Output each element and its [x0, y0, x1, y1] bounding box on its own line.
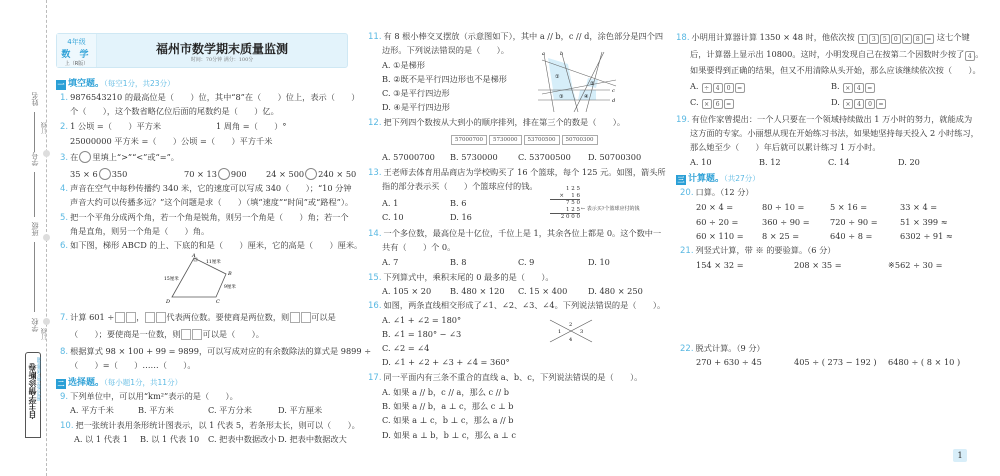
calc-key: ×: [702, 99, 712, 109]
q16-option-d[interactable]: D. ∠1 + ∠2 + ∠3 + ∠4 = 360°: [382, 357, 510, 367]
question-18-cont: 后，计算器上显示出 10800。这时，小明发现自己在按第二个因数时少按了4。: [690, 49, 983, 61]
vertical-calc-item[interactable]: 154 × 32 =: [696, 260, 744, 270]
question-19: 19.有位作家曾提出：一个人只要在一个领域持续做出 1 万小时的努力，就能成为: [676, 114, 972, 125]
page-number: 1: [953, 449, 967, 462]
question-text: 1 公顷 =（ ）平方米: [70, 121, 161, 131]
question-number: 20.: [680, 188, 694, 198]
svg-text:1: 1: [558, 329, 561, 335]
question-text: 代表两位数。要使商是两位数，则: [166, 312, 289, 322]
question-text: 根据算式 98 × 100 + 99 = 9899，可以写成对应的有余数除法的算…: [70, 346, 371, 356]
calc-key: =: [876, 99, 886, 109]
svg-text:2: 2: [569, 322, 572, 328]
oral-calc-item[interactable]: 360 ÷ 90 =: [762, 217, 810, 227]
calc-key: =: [724, 99, 734, 109]
digit-box: [301, 312, 311, 323]
question-number: 11.: [368, 32, 382, 42]
volume: 上（R版）: [57, 60, 96, 67]
q12-number-boxes: 5700070057300005370050050700300: [450, 133, 599, 145]
option-label: B.: [831, 81, 840, 91]
calc-row: 2 0 0 0: [550, 214, 580, 221]
q13-option-c[interactable]: C. 10: [382, 212, 404, 222]
q18-option-d[interactable]: D. ×40=: [831, 97, 886, 109]
svg-text:a: a: [542, 51, 545, 57]
oral-calc-item[interactable]: 640 ÷ 8 =: [830, 231, 872, 241]
calc-key: 3: [869, 34, 879, 44]
compare-circle-icon: [79, 151, 91, 163]
q15-option-d[interactable]: D. 480 × 250: [588, 286, 643, 296]
svg-text:d: d: [612, 98, 615, 104]
svg-text:C: C: [216, 299, 220, 304]
question-17: 17.同一平面内有三条不重合的直线 a、b、c，下列说法错误的是（ ）。: [368, 372, 642, 383]
q17-option-a[interactable]: A. 如果 a // b，c // a，那么 c // b: [382, 387, 509, 398]
subject: 数 学: [57, 47, 96, 60]
section-heading-choice: 二选择题。（每小题1分，共11分）: [56, 375, 182, 389]
calc-key: =: [735, 83, 745, 93]
oral-calc-item[interactable]: 60 × 110 =: [696, 231, 744, 241]
question-text: 一个多位数，最高位是十亿位，千位上是 1，其余各位上都是 0。这个数中一: [384, 228, 662, 238]
q15-option-c[interactable]: C. 15 × 400: [518, 286, 567, 296]
calc-key: 4: [854, 99, 864, 109]
question-8: 8.根据算式 98 × 100 + 99 = 9899，可以写成对应的有余数除法…: [60, 346, 371, 357]
calc-key: 4: [854, 83, 864, 93]
question-number: 14.: [368, 229, 382, 239]
question-text: 列竖式计算，带 ※ 的要验算。（6 分）: [696, 245, 836, 255]
calc-key: ÷: [702, 83, 712, 93]
q19-option-b[interactable]: B. 12: [759, 157, 781, 167]
question-text: 同一平面内有三条不重合的直线 a、b、c，下列说法错误的是（ ）。: [384, 372, 643, 382]
expr-right: 240 × 50: [318, 169, 356, 179]
q12-option-b[interactable]: B. 5730000: [450, 152, 498, 162]
vertical-multiplication: 1 2 5 × 1 6 7 5 0 1 2 5 2 0 0 0: [550, 186, 580, 221]
question-number: 15.: [368, 273, 382, 283]
calc-key: 5: [880, 34, 890, 44]
question-6: 6.如下图，梯形 ABCD 的上、下底的和是（ ）厘米，它的高是（ ）厘米。: [60, 240, 362, 251]
q12-option-d[interactable]: D. 50700300: [588, 152, 641, 162]
question-text: 把下列四个数按从大到小的顺序排列，排在第三个的数是（ ）。: [384, 117, 626, 127]
question-2c: 25000000 平方米 =（ ）公顷 =（ ）平方千米: [70, 136, 272, 147]
q10-option-a[interactable]: A. 以 1 代表 1: [74, 434, 128, 445]
question-13-cont: 指的部分表示买（ ）个篮球应付的钱。: [382, 181, 538, 192]
svg-text:④: ④: [584, 94, 589, 100]
calc-key: ×: [843, 99, 853, 109]
option-label: A.: [690, 81, 699, 91]
svg-text:A: A: [191, 253, 196, 259]
question-8-cont: （ ）=（ ）……（ ）。: [70, 360, 196, 371]
field-class-line[interactable]: [34, 242, 35, 312]
question-text: 脱式计算。（9 分）: [696, 343, 765, 353]
question-5-cont: 角是直角，则另一个角是（ ）角。: [70, 226, 209, 237]
exam-subtitle: 时间：70分钟 满分：100分: [97, 56, 347, 63]
q10-option-d[interactable]: D. 把表中数据改大: [278, 434, 347, 445]
arrow-note-text: 表示买?个篮球应付的钱: [587, 206, 640, 212]
question-text: 这七个键: [937, 32, 970, 42]
q9-option-b[interactable]: B. 平方米: [138, 405, 174, 416]
question-15: 15.下列算式中，乘积末尾的 0 最多的是（ ）。: [368, 272, 554, 283]
question-text: （ ）；要使商是一位数，则: [70, 329, 181, 339]
calc-key: 0: [865, 99, 875, 109]
calc-key: 6: [713, 99, 723, 109]
section-badge: 三: [676, 175, 686, 185]
svg-text:15厘米: 15厘米: [164, 275, 179, 282]
expr-right: 350: [112, 169, 128, 179]
question-21: 21.列竖式计算，带 ※ 的要验算。（6 分）: [680, 245, 835, 256]
question-number: 3.: [60, 153, 68, 163]
exam-header: 4年级 数 学 上（R版） 福州市数学期末质量监测 时间：70分钟 满分：100…: [56, 33, 348, 68]
section-heading-calc: 三计算题。（共27分）: [676, 171, 760, 185]
number-box: 53700500: [524, 135, 560, 145]
brand-tab: 自主学情诊断卷 福州市数学期末质量监测: [25, 352, 41, 438]
question-text: 口算。（12 分）: [696, 187, 754, 197]
field-class-label: 班级: [30, 222, 40, 236]
cut-label: 订线: [40, 122, 49, 134]
question-text: 计算 601 ÷: [70, 312, 114, 322]
field-school-label: 学校: [30, 318, 40, 332]
q13-option-d[interactable]: D. 16: [450, 212, 472, 222]
q15-option-a[interactable]: A. 105 × 20: [382, 286, 431, 296]
oral-calc-item[interactable]: 6302 ÷ 91 ≈: [900, 231, 953, 241]
question-number: 19.: [676, 115, 690, 125]
expr-left: 70 × 13: [184, 169, 217, 179]
number-box: 5730000: [489, 135, 522, 145]
question-number: 9.: [60, 392, 68, 402]
q3-item-1: 35 × 6350: [70, 168, 127, 180]
svg-text:①: ①: [555, 74, 560, 80]
calc-row: × 1 6: [550, 193, 580, 201]
question-text: 9876543210 的最高位是（ ）位，其中“8”在（ ）位上，表示（ ）: [70, 92, 359, 102]
question-text: ，: [136, 312, 144, 322]
q19-option-c[interactable]: C. 14: [828, 157, 850, 167]
question-2: 2.1 公顷 =（ ）平方米: [60, 121, 161, 132]
digit-box[interactable]: [115, 312, 125, 323]
question-text: 可以是（ ）。: [203, 329, 264, 339]
question-7-cont: （ ）；要使商是一位数，则可以是（ ）。: [70, 329, 264, 340]
step-calc-item[interactable]: 6480 ÷ ( 8 × 10 ): [888, 357, 960, 367]
digit-box: [290, 312, 300, 323]
q10-option-b[interactable]: B. 以 1 代表 10: [140, 434, 199, 445]
grade: 4年级: [57, 37, 96, 47]
question-11: 11.有 8 根小棒交叉摆放（示意图如下），其中 a // b，c // d，涂…: [368, 31, 663, 42]
digit-box: [192, 329, 202, 340]
q14-option-b[interactable]: B. 8: [450, 257, 466, 267]
q3-item-3: 24 × 500240 × 50: [266, 168, 356, 180]
q14-option-d[interactable]: D. 10: [588, 257, 610, 267]
section-points: （每小题1分，共11分）: [104, 378, 182, 387]
svg-text:3: 3: [580, 329, 583, 335]
q13-option-b[interactable]: B. 6: [450, 198, 466, 208]
question-text: 如下图，梯形 ABCD 的上、下底的和是（ ）厘米，它的高是（ ）厘米。: [70, 240, 362, 250]
question-text: 王老师去体育用品商店为学校购买了 16 个篮球，每个 125 元。如图，箭头所: [384, 167, 666, 177]
section-title: 填空题。: [68, 79, 104, 89]
question-11-cont: 边形。下列说法错误的是（ ）。: [382, 45, 509, 56]
question-number: 21.: [680, 246, 694, 256]
answer-circle[interactable]: [218, 168, 230, 180]
field-id-label: 学号: [30, 152, 40, 166]
calc-key: ×: [902, 34, 912, 44]
section-heading-fill: 一填空题。（每空1分，共23分）: [56, 76, 175, 90]
q18-option-c[interactable]: C. ×6=: [690, 97, 734, 109]
question-number: 17.: [368, 373, 382, 383]
expr-right: 900: [231, 169, 247, 179]
field-name-line[interactable]: [34, 112, 35, 152]
question-4-cont: 声音大约可以传播多远？”这个问题是求（ ）（填“速度”“时间”或“路程”）。: [70, 197, 353, 208]
step-calc-item[interactable]: 270 + 630 ÷ 45: [696, 357, 762, 367]
calc-key: ×: [843, 83, 853, 93]
field-name-label: 姓名: [30, 92, 40, 106]
number-box: 57000700: [451, 135, 487, 145]
question-22: 22.脱式计算。（9 分）: [680, 343, 765, 354]
question-number: 2.: [60, 122, 68, 132]
question-text: 把一张统计表用条形统计图表示，以 1 代表 5，若条形太长，则可以（ ）。: [76, 420, 360, 430]
digit-box[interactable]: [126, 312, 136, 323]
expr-left: 35 × 6: [70, 169, 98, 179]
section-title: 选择题。: [68, 378, 104, 388]
answer-circle[interactable]: [305, 168, 317, 180]
question-16: 16.如图，两条直线相交形成了∠1、∠2、∠3、∠4。下列说法错误的是（ ）。: [368, 300, 665, 311]
question-18: 18.小明用计算器计算 1350 × 48 时，他依次按 1350×8= 这七个…: [676, 32, 970, 44]
q11-option-c[interactable]: C. ③是平行四边形: [382, 88, 450, 99]
option-label: D.: [831, 97, 840, 107]
svg-text:4: 4: [569, 337, 572, 343]
question-number: 22.: [680, 344, 694, 354]
question-text: 可以是: [311, 312, 336, 322]
oral-calc-item[interactable]: 60 ÷ 20 =: [696, 217, 738, 227]
question-12: 12.把下列四个数按从大到小的顺序排列，排在第三个的数是（ ）。: [368, 117, 625, 128]
question-number: 4.: [60, 184, 68, 194]
svg-text:②: ②: [590, 81, 595, 87]
q16-option-a[interactable]: A. ∠1 + ∠2 = 180°: [382, 315, 461, 325]
question-9: 9.下列单位中，可以用“km²”表示的是（ ）。: [60, 391, 238, 402]
oral-calc-item[interactable]: 8 × 25 =: [762, 231, 799, 241]
question-text: 有 8 根小棒交叉摆放（示意图如下），其中 a // b，c // d，涂色部分…: [384, 31, 664, 41]
section-badge: 二: [56, 379, 66, 389]
question-text: 。: [975, 49, 983, 59]
digit-box: [181, 329, 191, 340]
calc-key: 8: [913, 34, 923, 44]
binding-hole: [43, 234, 50, 241]
q15-option-b[interactable]: B. 480 × 120: [450, 286, 505, 296]
question-number: 13.: [368, 168, 382, 178]
q9-option-d[interactable]: D. 平方厘米: [278, 405, 322, 416]
question-text: 把一个平角分成两个角，若一个角是锐角，则另一个角是（ ）角；若一个: [70, 212, 348, 222]
calc-row: 1 2 5: [550, 207, 580, 215]
binding-hole: [43, 318, 50, 325]
q18-option-a[interactable]: A. ÷40=: [690, 81, 745, 93]
question-text: 下列单位中，可以用“km²”表示的是（ ）。: [70, 391, 238, 401]
question-3: 3.在里填上“>”“<”或“=”。: [60, 151, 179, 163]
cut-label: 订线: [40, 328, 49, 340]
question-text: 下列算式中，乘积末尾的 0 最多的是（ ）。: [384, 272, 554, 282]
q13-option-a[interactable]: A. 1: [382, 198, 398, 208]
question-number: 12.: [368, 118, 382, 128]
svg-text:③: ③: [559, 94, 564, 100]
question-text: 小明用计算器计算 1350 × 48 时，他依次按: [692, 32, 855, 42]
digit-box: [156, 312, 166, 323]
svg-text:9厘米: 9厘米: [224, 283, 236, 290]
section-points: （共27分）: [724, 174, 760, 183]
svg-text:11厘米: 11厘米: [206, 258, 221, 265]
question-14-cont: 共有（ ）个 0。: [382, 242, 455, 253]
oral-calc-item[interactable]: 51 × 399 ≈: [900, 217, 948, 227]
question-number: 18.: [676, 33, 690, 43]
question-2b: 1 周角 =（ ）°: [216, 121, 287, 132]
calc-key: =: [924, 34, 934, 44]
q17-option-d[interactable]: D. 如果 a ⊥ b，b ⊥ c，那么 a ⊥ c: [382, 430, 516, 441]
question-13: 13.王老师去体育用品商店为学校购买了 16 个篮球，每个 125 元。如图，箭…: [368, 167, 666, 178]
svg-text:b: b: [560, 51, 563, 57]
binding-margin: 姓名 订线 学号 班级 学校 订线 自主学情诊断卷 福州市数学期末质量监测: [0, 0, 52, 476]
question-20: 20.口算。（12 分）: [680, 187, 754, 198]
calc-key: 1: [858, 34, 868, 44]
q9-option-a[interactable]: A. 平方千米: [70, 405, 114, 416]
answer-circle[interactable]: [99, 168, 111, 180]
q12-option-c[interactable]: C. 53700500: [518, 152, 571, 162]
q12-option-a[interactable]: A. 57000700: [382, 152, 435, 162]
number-box: 50700300: [562, 135, 598, 145]
question-number: 10.: [60, 421, 74, 431]
calc-key: 4: [965, 51, 975, 61]
oral-calc-item[interactable]: 5 × 16 =: [830, 202, 867, 212]
question-10: 10.把一张统计表用条形统计图表示，以 1 代表 5，若条形太长，则可以（ ）。: [60, 420, 360, 431]
oral-calc-item[interactable]: 20 × 4 =: [696, 202, 733, 212]
digit-box: [145, 312, 155, 323]
field-id-line[interactable]: [34, 172, 35, 217]
question-number: 5.: [60, 213, 68, 223]
section-title: 计算题。: [688, 174, 724, 184]
question-number: 1.: [60, 93, 68, 103]
vertical-calc-item[interactable]: ※562 ÷ 30 =: [888, 260, 942, 270]
calc-key: 0: [724, 83, 734, 93]
question-1-cont: 个（ ），这个数省略亿位后面的尾数约是（ ）亿。: [70, 106, 279, 117]
question-text: 里填上“>”“<”或“=”。: [92, 152, 179, 162]
oral-calc-item[interactable]: 80 ÷ 10 =: [762, 202, 804, 212]
svg-text:c: c: [612, 88, 615, 94]
q3-item-2: 70 × 13900: [184, 168, 247, 180]
question-text: 声音在空气中每秒传播约 340 米，它的速度可以写成 340（ ）；“10 分钟: [70, 183, 351, 193]
section-points: （每空1分，共23分）: [104, 79, 175, 88]
q14-option-c[interactable]: C. 9: [518, 257, 534, 267]
oral-calc-item[interactable]: 33 × 4 =: [900, 202, 937, 212]
question-text: 如图，两条直线相交形成了∠1、∠2、∠3、∠4。下列说法错误的是（ ）。: [384, 300, 666, 310]
binding-hole: [43, 150, 50, 157]
trapezoid-figure: A B C D 11厘米 15厘米 9厘米: [164, 252, 244, 304]
question-14: 14.一个多位数，最高位是十亿位，千位上是 1，其余各位上都是 0。这个数中一: [368, 228, 661, 239]
question-5: 5.把一个平角分成两个角，若一个角是锐角，则另一个角是（ ）角；若一个: [60, 212, 349, 223]
q9-option-c[interactable]: C. 平方分米: [208, 405, 252, 416]
q19-option-a[interactable]: A. 10: [690, 157, 712, 167]
calc-key: =: [865, 83, 875, 93]
question-number: 7.: [60, 313, 68, 323]
svg-text:D: D: [165, 299, 170, 304]
exam-title: 福州市数学期末质量监测: [97, 40, 347, 57]
arrow-note: ← 表示买?个篮球应付的钱: [581, 205, 639, 212]
sticks-figure: a b c d ① ② ③ ④: [538, 50, 618, 112]
option-label: C.: [690, 97, 699, 107]
question-text: 在: [70, 152, 78, 162]
question-4: 4.声音在空气中每秒传播约 340 米，它的速度可以写成 340（ ）；“10 …: [60, 183, 352, 194]
question-7: 7.计算 601 ÷，代表两位数。要使商是两位数，则可以是: [60, 312, 336, 323]
question-19-cont: 这方面的专家。小丽想从现在开始练习书法，如果她坚持每天投入 2 小时练习，: [690, 128, 979, 139]
question-number: 6.: [60, 241, 68, 251]
q19-option-d[interactable]: D. 20: [898, 157, 920, 167]
q10-option-c[interactable]: C. 把表中数据改小: [208, 434, 277, 445]
oral-calc-item[interactable]: 720 ÷ 90 =: [830, 217, 878, 227]
step-calc-item[interactable]: 405 ÷ ( 273 − 192 ): [794, 357, 877, 367]
question-19-cont2: 那么她至少（ ）年后就可以累计练习 1 万小时。: [690, 142, 881, 153]
svg-text:B: B: [227, 271, 232, 277]
q16-option-b[interactable]: B. ∠1 = 180° − ∠3: [382, 329, 461, 339]
q17-option-c[interactable]: C. 如果 a ⊥ c，b ⊥ c，那么 a // b: [382, 415, 513, 426]
brand-subtitle: 福州市数学期末质量监测: [36, 357, 42, 401]
expr-left: 24 × 500: [266, 169, 304, 179]
q11-option-a[interactable]: A. ①是梯形: [382, 60, 425, 71]
q14-option-a[interactable]: A. 7: [382, 257, 398, 267]
q18-option-b[interactable]: B. ×4=: [831, 81, 875, 93]
question-text: 后，计算器上显示出 10800。这时，小明发现自己在按第二个因数时少按了: [690, 49, 964, 59]
question-number: 16.: [368, 301, 382, 311]
calc-key: 4: [713, 83, 723, 93]
q11-option-b[interactable]: B. ②既不是平行四边形也不是梯形: [382, 74, 507, 85]
question-18-cont2: 如果要得到正确的结果，但又不用清除从头开始，那么应该继续依次按（ ）。: [690, 65, 981, 76]
q17-option-b[interactable]: B. 如果 a // b，a ⊥ c，那么 c ⊥ b: [382, 401, 514, 412]
question-number: 8.: [60, 347, 68, 357]
q11-option-d[interactable]: D. ④是平行四边形: [382, 102, 450, 113]
intersecting-lines-figure: 2 1 3 4: [548, 318, 594, 344]
question-text: 有位作家曾提出：一个人只要在一个领域持续做出 1 万小时的努力，就能成为: [692, 114, 973, 124]
section-badge: 一: [56, 80, 66, 90]
q16-option-c[interactable]: C. ∠2 = ∠4: [382, 343, 429, 353]
grade-label-block: 4年级 数 学 上（R版）: [57, 34, 97, 67]
calc-key: 0: [891, 34, 901, 44]
vertical-calc-item[interactable]: 208 × 35 =: [794, 260, 842, 270]
question-1: 1.9876543210 的最高位是（ ）位，其中“8”在（ ）位上，表示（ ）: [60, 92, 359, 103]
